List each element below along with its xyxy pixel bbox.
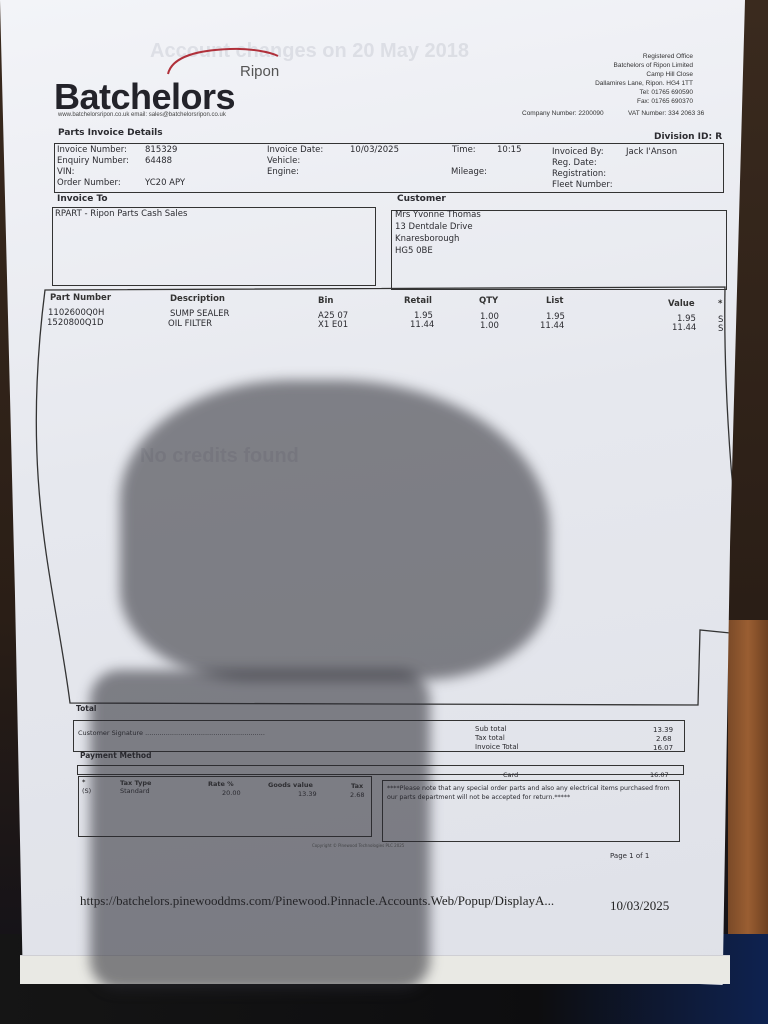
- part-bin: X1 E01: [318, 320, 348, 330]
- payment-amount: 16.07: [650, 771, 669, 779]
- hand-shadow: [120, 380, 550, 680]
- label: Invoice Date:: [267, 145, 323, 155]
- col-header: Part Number: [50, 293, 111, 303]
- invoice-time: 10:15: [497, 145, 522, 155]
- part-list: 11.44: [540, 321, 564, 331]
- customer-name: Mrs Yvonne Thomas: [395, 210, 481, 220]
- returns-note: ****Please note that any special order p…: [387, 784, 675, 802]
- invoice-number: 815329: [145, 145, 177, 155]
- col-header: QTY: [479, 296, 498, 306]
- customer-title: Customer: [397, 194, 446, 204]
- invoice-total: 16.07: [653, 744, 673, 752]
- label: Reg. Date:: [552, 158, 597, 168]
- wooden-surface: [728, 620, 768, 950]
- order-number: YC20 APY: [145, 178, 185, 188]
- label: Fleet Number:: [552, 180, 613, 190]
- col-header: Bin: [318, 296, 333, 306]
- label: Engine:: [267, 167, 299, 177]
- company-location: Ripon: [240, 63, 279, 80]
- part-description: SUMP SEALER: [170, 309, 229, 319]
- part-description: OIL FILTER: [168, 319, 212, 329]
- payment-method: Card: [503, 771, 518, 779]
- registered-office: Registered Office Batchelors of Ripon Li…: [595, 52, 693, 106]
- company-contact: www.batchelorsripon.co.uk email: sales@b…: [58, 112, 226, 118]
- invoice-date: 10/03/2025: [350, 145, 399, 155]
- label: Sub total: [475, 725, 507, 733]
- label: Time:: [452, 145, 476, 155]
- label: VIN:: [57, 167, 75, 177]
- invoice-to-title: Invoice To: [57, 194, 108, 204]
- col-header: *: [82, 778, 85, 786]
- label: Order Number:: [57, 178, 121, 188]
- part-number: 1102600Q0H: [48, 308, 104, 318]
- section-title: Parts Invoice Details: [58, 128, 163, 138]
- col-header: Description: [170, 294, 225, 304]
- label: Invoice Number:: [57, 145, 127, 155]
- label: Invoiced By:: [552, 147, 604, 157]
- page-number: Page 1 of 1: [610, 852, 649, 860]
- col-header: Retail: [404, 296, 432, 306]
- part-tax-code: S: [718, 324, 723, 334]
- vat-number: VAT Number: 334 2063 36: [628, 110, 704, 117]
- label: Mileage:: [451, 167, 487, 177]
- col-header: List: [546, 296, 563, 306]
- label: Vehicle:: [267, 156, 300, 166]
- sub-total: 13.39: [653, 726, 673, 734]
- part-value: 11.44: [672, 323, 696, 333]
- col-header: Value: [668, 299, 695, 309]
- customer-address: 13 Dentdale Drive: [395, 222, 473, 232]
- division-id: Division ID: R: [654, 132, 722, 142]
- customer-town: Knaresborough: [395, 234, 459, 244]
- part-number: 1520800Q1D: [47, 318, 104, 328]
- invoice-to-account: RPART - Ripon Parts Cash Sales: [55, 209, 187, 219]
- label: Tax total: [475, 734, 505, 742]
- tax-total: 2.68: [656, 735, 672, 743]
- print-date: 10/03/2025: [610, 898, 669, 914]
- part-qty: 1.00: [480, 321, 499, 331]
- label: Invoice Total: [475, 743, 519, 751]
- enquiry-number: 64488: [145, 156, 172, 166]
- part-retail: 11.44: [410, 320, 434, 330]
- label: Enquiry Number:: [57, 156, 129, 166]
- customer-postcode: HG5 0BE: [395, 246, 433, 256]
- company-number: Company Number: 2200090: [522, 110, 604, 117]
- col-header: *: [718, 299, 722, 309]
- phone-shadow: [90, 670, 430, 990]
- invoiced-by: Jack I'Anson: [626, 147, 677, 157]
- label: Registration:: [552, 169, 606, 179]
